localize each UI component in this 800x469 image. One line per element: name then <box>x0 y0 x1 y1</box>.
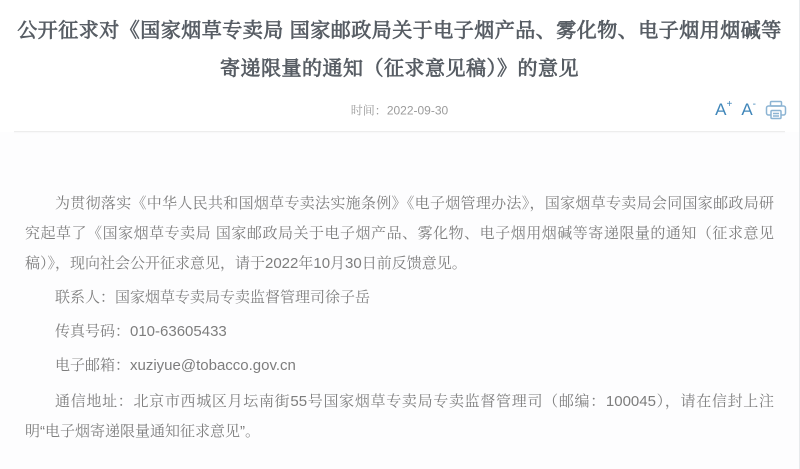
meta-row: 时间：2022-09-30 A+ A- <box>0 88 799 131</box>
article-body: 为贯彻落实《中华人民共和国烟草专卖法实施条例》《电子烟管理办法》，国家烟草专卖局… <box>0 132 799 447</box>
article-header: 公开征求对《国家烟草专卖局 国家邮政局关于电子烟产品、雾化物、电子烟用烟碱等 寄… <box>0 0 799 132</box>
address-line: 通信地址：北京市西城区月坛南街55号国家烟草专卖局专卖监督管理司（邮编：1000… <box>25 387 774 447</box>
fax-line: 传真号码：010-63605433 <box>25 317 774 347</box>
publish-time-label: 时间： <box>351 103 387 117</box>
publish-time-value: 2022-09-30 <box>387 103 448 117</box>
article-page: 公开征求对《国家烟草专卖局 国家邮政局关于电子烟产品、雾化物、电子烟用烟碱等 寄… <box>0 0 800 469</box>
paragraph-intro: 为贯彻落实《中华人民共和国烟草专卖法实施条例》《电子烟管理办法》，国家烟草专卖局… <box>25 189 774 279</box>
font-increase-button[interactable]: A+ <box>715 101 732 118</box>
plus-icon: + <box>726 99 732 110</box>
email-line: 电子邮箱：xuziyue@tobacco.gov.cn <box>25 351 774 381</box>
minus-icon: - <box>753 99 756 110</box>
page-title-line1: 公开征求对《国家烟草专卖局 国家邮政局关于电子烟产品、雾化物、电子烟用烟碱等 <box>17 20 782 42</box>
page-title: 公开征求对《国家烟草专卖局 国家邮政局关于电子烟产品、雾化物、电子烟用烟碱等 寄… <box>0 12 799 88</box>
printer-icon <box>765 100 787 120</box>
print-button[interactable] <box>765 100 787 120</box>
font-decrease-button[interactable]: A- <box>741 101 756 118</box>
page-tools: A+ A- <box>715 100 787 120</box>
publish-time: 时间：2022-09-30 <box>351 101 448 118</box>
page-title-line2: 寄递限量的通知（征求意见稿）》的意见 <box>220 58 579 80</box>
contact-person-line: 联系人：国家烟草专卖局专卖监督管理司徐子岳 <box>25 283 774 313</box>
